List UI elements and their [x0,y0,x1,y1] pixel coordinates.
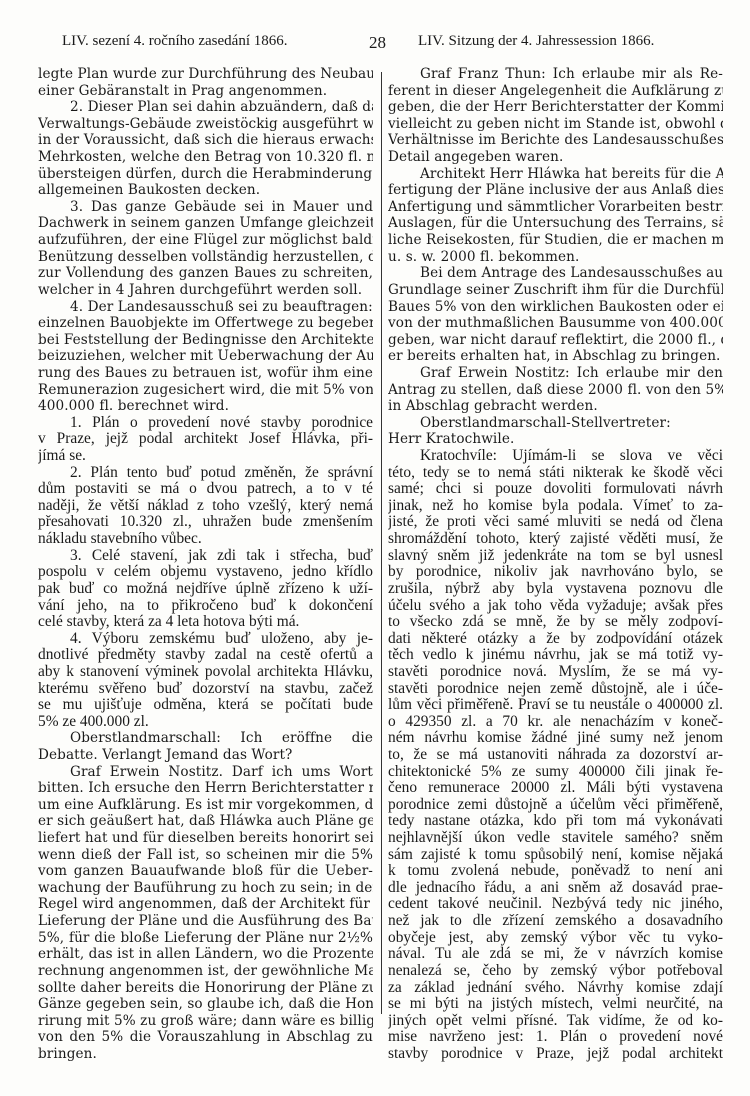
text-line: legte Plan wurde zur Durchführung des Ne… [38,66,373,83]
text-line: bitten. Ich ersuche den Herrn Berichters… [38,780,373,797]
text-line: ferent in dieser Angelegenheit die Aufkl… [388,83,723,100]
text-line: těch vedlo k jinému návrhu, jak se má to… [388,647,723,664]
text-line: einzelnen Bauobjekte im Offertwege zu be… [38,315,373,332]
text-line: wachung der Bauführung zu hoch zu sein; … [38,880,373,897]
text-line: pospolu v celém objemu vystaveno, jedno … [38,564,373,581]
text-line: kterému svěřeno buď dozorství na stavbu,… [38,681,373,698]
text-line: 400.000 fl. berechnet wird. [38,398,373,415]
text-line: dle jednacího řádu, a ani sněm až dosavá… [388,880,723,897]
text-line: za základ jednání svého. Návrhy komise z… [388,980,723,997]
text-line: Gänze gegeben sein, so glaube ich, daß d… [38,996,373,1013]
column-divider [381,72,382,1014]
text-line: er bereits erhalten hat, in Abschlag zu … [388,348,723,365]
text-line: Graf Franz Thun: Ich erlaube mir als Re- [388,66,723,83]
text-line: 4. Der Landesausschuß sei zu beauftragen… [38,299,373,316]
text-line: Graf Erwein Nostitz. Darf ich ums Wort [38,764,373,781]
text-line: 4. Výboru zemskému buď uloženo, aby je- [38,631,373,648]
text-line: shromáždění tohoto, který zajisté věděti… [388,531,723,548]
text-line: 3. Celé stavení, jak zdi tak i střecha, … [38,548,373,565]
text-line: dům postaviti se má o dvou patrech, a to… [38,481,373,498]
text-line: Oberstlandmarschall: Ich eröffne die [38,730,373,747]
text-line: to všecko zdá se mně, že by se měly zodp… [388,614,723,631]
text-line: Dachwerk in seinem ganzen Umfange gleich… [38,215,373,232]
text-line: vání jeho, na to přikročeno buď k dokonč… [38,598,373,615]
text-line: Grundlage seiner Zuschrift ihm für die D… [388,282,723,299]
text-line: obyčeje jest, aby zemský výbor věc tu vy… [388,930,723,947]
text-line: aufzuführen, der eine Flügel zur möglich… [38,232,373,249]
text-line: mise navrženo jest: 1. Plán o provedení … [388,1029,723,1046]
text-line: dati některé otázky a že by zodpovídání … [388,631,723,648]
text-line: u. s. w. 2000 fl. bekommen. [388,249,723,266]
text-line: allgemeinen Baukosten decken. [38,182,373,199]
text-line: jímá se. [38,448,373,465]
text-line: beizuziehen, welcher mit Ueberwachung de… [38,348,373,365]
text-line: chitektonické 5% ze sumy 400000 čili jin… [388,764,723,781]
text-line: in der Voraussicht, daß sich die hieraus… [38,132,373,149]
text-line: porodnice zemi důstojně a účelům věci př… [388,797,723,814]
text-line: 1. Plán o provedení nové stavby porodnic… [38,415,373,432]
text-line: sám zajisté k tomu spůsobilý není, komis… [388,847,723,864]
text-line: stavěti porodnice nejen země důstojně, a… [388,681,723,698]
text-line: Auslagen, für die Untersuchung des Terra… [388,215,723,232]
text-line: Bei dem Antrage des Landesausschußes auf [388,265,723,282]
text-line: Herr Kratochwile. [388,431,723,448]
text-line: nenalezá se, čeho by zemský výbor potřeb… [388,963,723,980]
text-line: um eine Aufklärung. Es ist mir vorgekomm… [38,797,373,814]
text-line: Anfertigung und sämmtlicher Vorarbeiten … [388,199,723,216]
text-line: jinak, než ho komise byla podala. Vímeť … [388,498,723,515]
text-line: liefert hat und für dieselben bereits ho… [38,830,373,847]
text-line: ném návrhu komise žádné jiné sumy než je… [388,730,723,747]
text-line: dnotlivé předměty stavby zadal na cestě … [38,647,373,664]
text-line: se mi býti na jistých místech, velmi neu… [388,996,723,1013]
text-line: bei Feststellung der Bedingnisse den Arc… [38,332,373,349]
text-line: Remunerazion zugesichert wird, die mit 5… [38,382,373,399]
text-line: stavby porodnice v Praze, jejž podal arc… [388,1046,723,1063]
text-line: von der muthmaßlichen Bausumme von 400.0… [388,315,723,332]
text-line: welcher in 4 Jahren durchgeführt werden … [38,282,373,299]
text-line: erhält, das ist in allen Ländern, wo die… [38,946,373,963]
text-line: vielleicht zu geben nicht im Stande ist,… [388,116,723,133]
text-line: rirung mit 5% zu groß wäre; dann wäre es… [38,1013,373,1030]
text-line: tedy nastane otázka, kdo při tom má vyko… [388,813,723,830]
text-line: in Abschlag gebracht werden. [388,398,723,415]
text-line: aby k stanovení výminek povolal architek… [38,664,373,681]
text-line: zur Vollendung des ganzen Baues zu schre… [38,265,373,282]
text-line: Antrag zu stellen, daß diese 2000 fl. vo… [388,382,723,399]
text-line: naději, že větší náklad z toho vzešlý, k… [38,498,373,515]
text-line: cedent takové neučinil. Nezbývá tedy nic… [388,896,723,913]
text-line: er sich geäußert hat, daß Hláwka auch Pl… [38,813,373,830]
text-line: einer Gebäranstalt in Prag angenommen. [38,83,373,100]
text-line: přesahovati 10.320 zl., uhražen bude zme… [38,514,373,531]
text-line: se mu ujišťuje odměna, která se počítati… [38,697,373,714]
text-line: této, tedy se to nemá státi nikterak ke … [388,465,723,482]
text-line: jiných opět velmi přísné. Tak vidíme, že… [388,1013,723,1030]
text-line: Debatte. Verlangt Jemand das Wort? [38,747,373,764]
text-line: jisté, že proti věci samé mluviti se ned… [388,514,723,531]
text-line: zrušila, nýbrž aby byla vystavena poznov… [388,581,723,598]
header-right-german: LIV. Sitzung der 4. Jahressession 1866. [418,33,654,50]
left-column: legte Plan wurde zur Durchführung des Ne… [38,66,373,1063]
text-line: čeno remunerace 20000 zl. Máli býti vyst… [388,780,723,797]
text-line: lům věci přiměřeně. Praví se tu neustále… [388,697,723,714]
text-line: 5% ze 400.000 zl. [38,714,373,731]
text-line: Graf Erwein Nostitz: Ich erlaube mir den [388,365,723,382]
text-line: Detail angegeben waren. [388,149,723,166]
text-line: vom ganzen Bauaufwande bloß für die Uebe… [38,863,373,880]
text-line: geben, war nicht darauf reflektirt, die … [388,332,723,349]
text-line: nejhlavnější úkon vedle stavitele samého… [388,830,723,847]
text-line: geben, die der Herr Berichterstatter der… [388,99,723,116]
text-line: to, že se má ustanoviti náhrada za dozor… [388,747,723,764]
text-line: übersteigen dürfen, durch die Herabminde… [38,166,373,183]
text-line: o 429350 zl. a 70 kr. ale nenacházím v k… [388,714,723,731]
text-line: fertigung der Pläne inclusive der aus An… [388,182,723,199]
text-line: Verwaltungs-Gebäude zweistöckig ausgefüh… [38,116,373,133]
text-line: pak buď co možná nejdříve úplně zřízeno … [38,581,373,598]
text-line: 3. Das ganze Gebäude sei in Mauer und [38,199,373,216]
right-column: Graf Franz Thun: Ich erlaube mir als Re-… [388,66,723,1063]
text-line: liche Reisekosten, für Studien, die er m… [388,232,723,249]
text-line: Benützung desselben vollständig herzuste… [38,249,373,266]
text-line: Baues 5% von den wirklichen Baukosten od… [388,299,723,316]
header-left-czech: LIV. sezení 4. ročního zasedání 1866. [62,33,288,50]
text-line: v Praze, jejž podal architekt Josef Hláv… [38,431,373,448]
text-line: sollte daher bereits die Honorirung der … [38,980,373,997]
text-line: wenn dieß der Fall ist, so scheinen mir … [38,847,373,864]
page-header: LIV. sezení 4. ročního zasedání 1866. 28… [0,30,750,54]
text-line: Verhältnisse im Berichte des Landesaussc… [388,132,723,149]
text-line: 2. Plán tento buď potud změněn, že správ… [38,465,373,482]
text-line: 5%, für die bloße Lieferung der Pläne nu… [38,930,373,947]
text-line: Lieferung der Pläne und die Ausführung d… [38,913,373,930]
text-line: celé stavby, která za 4 leta hotova býti… [38,614,373,631]
text-line: rung des Baues zu betrauen ist, wofür ih… [38,365,373,382]
text-line: by porodnice, nikoliv jak navrhováno byl… [388,564,723,581]
text-line: Oberstlandmarschall-Stellvertreter: [388,415,723,432]
text-line: von den 5% die Vorauszahlung in Abschlag… [38,1029,373,1046]
text-line: než jak to dle zřízení zemského a dosava… [388,913,723,930]
text-line: Kratochvíle: Ujímám-li se slova ve věci [388,448,723,465]
text-line: samé; chci si pouze dovoliti formulovati… [388,481,723,498]
text-line: stavěti porodnice nová. Myslím, že se má… [388,664,723,681]
text-line: Regel wird angenommen, daß der Architekt… [38,896,373,913]
text-line: účelu svého a jak toho věda vyžaduje; av… [388,598,723,615]
text-line: slavný sněm již jedenkráte na tom se byl… [388,548,723,565]
page-number: 28 [369,33,386,53]
text-line: rechnung angenommen ist, der gewöhnliche… [38,963,373,980]
text-line: bringen. [38,1046,373,1063]
text-line: nával. Tu ale zdá se mi, že v návrzích k… [388,946,723,963]
text-line: nákladu stavebního vůbec. [38,531,373,548]
text-line: k tomu zvolená nebude, poněvadž to není … [388,863,723,880]
text-line: Architekt Herr Hláwka hat bereits für di… [388,166,723,183]
text-line: Mehrkosten, welche den Betrag von 10.320… [38,149,373,166]
text-line: 2. Dieser Plan sei dahin abzuändern, daß… [38,99,373,116]
